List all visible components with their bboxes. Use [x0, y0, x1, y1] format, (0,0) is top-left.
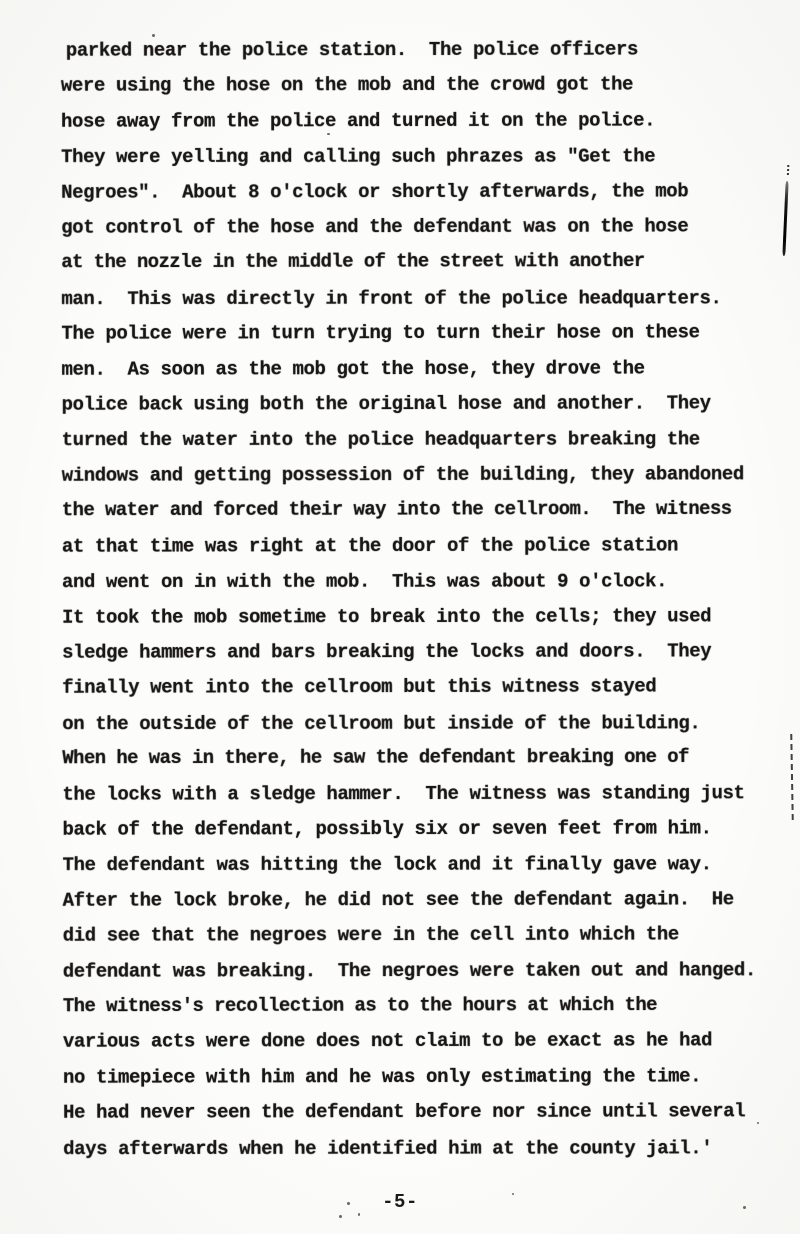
text-line: Negroes". About 8 o'clock or shortly aft…: [61, 174, 771, 211]
scan-speck: [358, 1213, 360, 1216]
text-line: He had never seen the defendant before n…: [63, 1094, 773, 1131]
text-line: got control of the hose and the defendan…: [61, 209, 771, 246]
text-line: were using the hose on the mob and the c…: [61, 68, 771, 105]
text-line: The witness's recollection as to the hou…: [63, 988, 773, 1025]
scan-artifact-mark: [790, 734, 794, 820]
text-line: defendant was breaking. The negroes were…: [63, 953, 773, 990]
text-line: back of the defendant, possibly six or s…: [62, 811, 772, 848]
body-text: parked near the police station. The poli…: [61, 32, 773, 1166]
text-line: When he was in there, he saw the defenda…: [62, 740, 772, 777]
text-line: It took the mob sometime to break into t…: [62, 599, 772, 636]
text-line: on the outside of the cellroom but insid…: [62, 706, 772, 742]
scan-speck: [512, 1193, 514, 1195]
page-number: -5-: [0, 1191, 800, 1213]
text-line: police back using both the original hose…: [62, 386, 772, 423]
text-line: After the lock broke, he did not see the…: [63, 882, 773, 919]
scan-speck: [327, 133, 330, 135]
text-line: various acts were done does not claim to…: [63, 1024, 773, 1061]
text-line: the water and forced their way into the …: [62, 492, 772, 529]
text-line: did see that the negroes were in the cel…: [63, 917, 773, 954]
scan-speck: [757, 1122, 759, 1124]
text-line: and went on in with the mob. This was ab…: [62, 564, 772, 600]
text-line: the locks with a sledge hammer. The witn…: [62, 776, 772, 813]
text-line: sledge hammers and bars breaking the loc…: [62, 634, 772, 671]
text-line: The police were in turn trying to turn t…: [61, 316, 771, 353]
text-line: men. As soon as the mob got the hose, th…: [61, 351, 771, 388]
scan-speck: [339, 1215, 342, 1218]
text-line: man. This was directly in front of the p…: [61, 281, 771, 317]
text-line: hose away from the police and turned it …: [61, 103, 771, 140]
text-line: at that time was right at the door of th…: [62, 528, 772, 565]
typewritten-page: parked near the police station. The poli…: [0, 0, 800, 1234]
text-line: turned the water into the police headqua…: [62, 423, 772, 459]
scan-speck: [743, 1206, 746, 1209]
text-line: The defendant was hitting the lock and i…: [63, 848, 773, 884]
text-line: no timepiece with him and he was only es…: [63, 1059, 773, 1096]
scan-artifact-mark: [782, 181, 788, 256]
text-line: at the nozzle in the middle of the stree…: [61, 244, 771, 281]
text-line: They were yelling and calling such phraz…: [61, 139, 771, 175]
text-line: finally went into the cellroom but this …: [62, 670, 772, 707]
text-line: parked near the police station. The poli…: [61, 32, 771, 69]
text-line: days afterwards when he identified him a…: [63, 1131, 773, 1167]
text-line: windows and getting possession of the bu…: [62, 457, 772, 494]
scan-speck: [347, 1202, 350, 1205]
scan-speck: [152, 34, 155, 37]
